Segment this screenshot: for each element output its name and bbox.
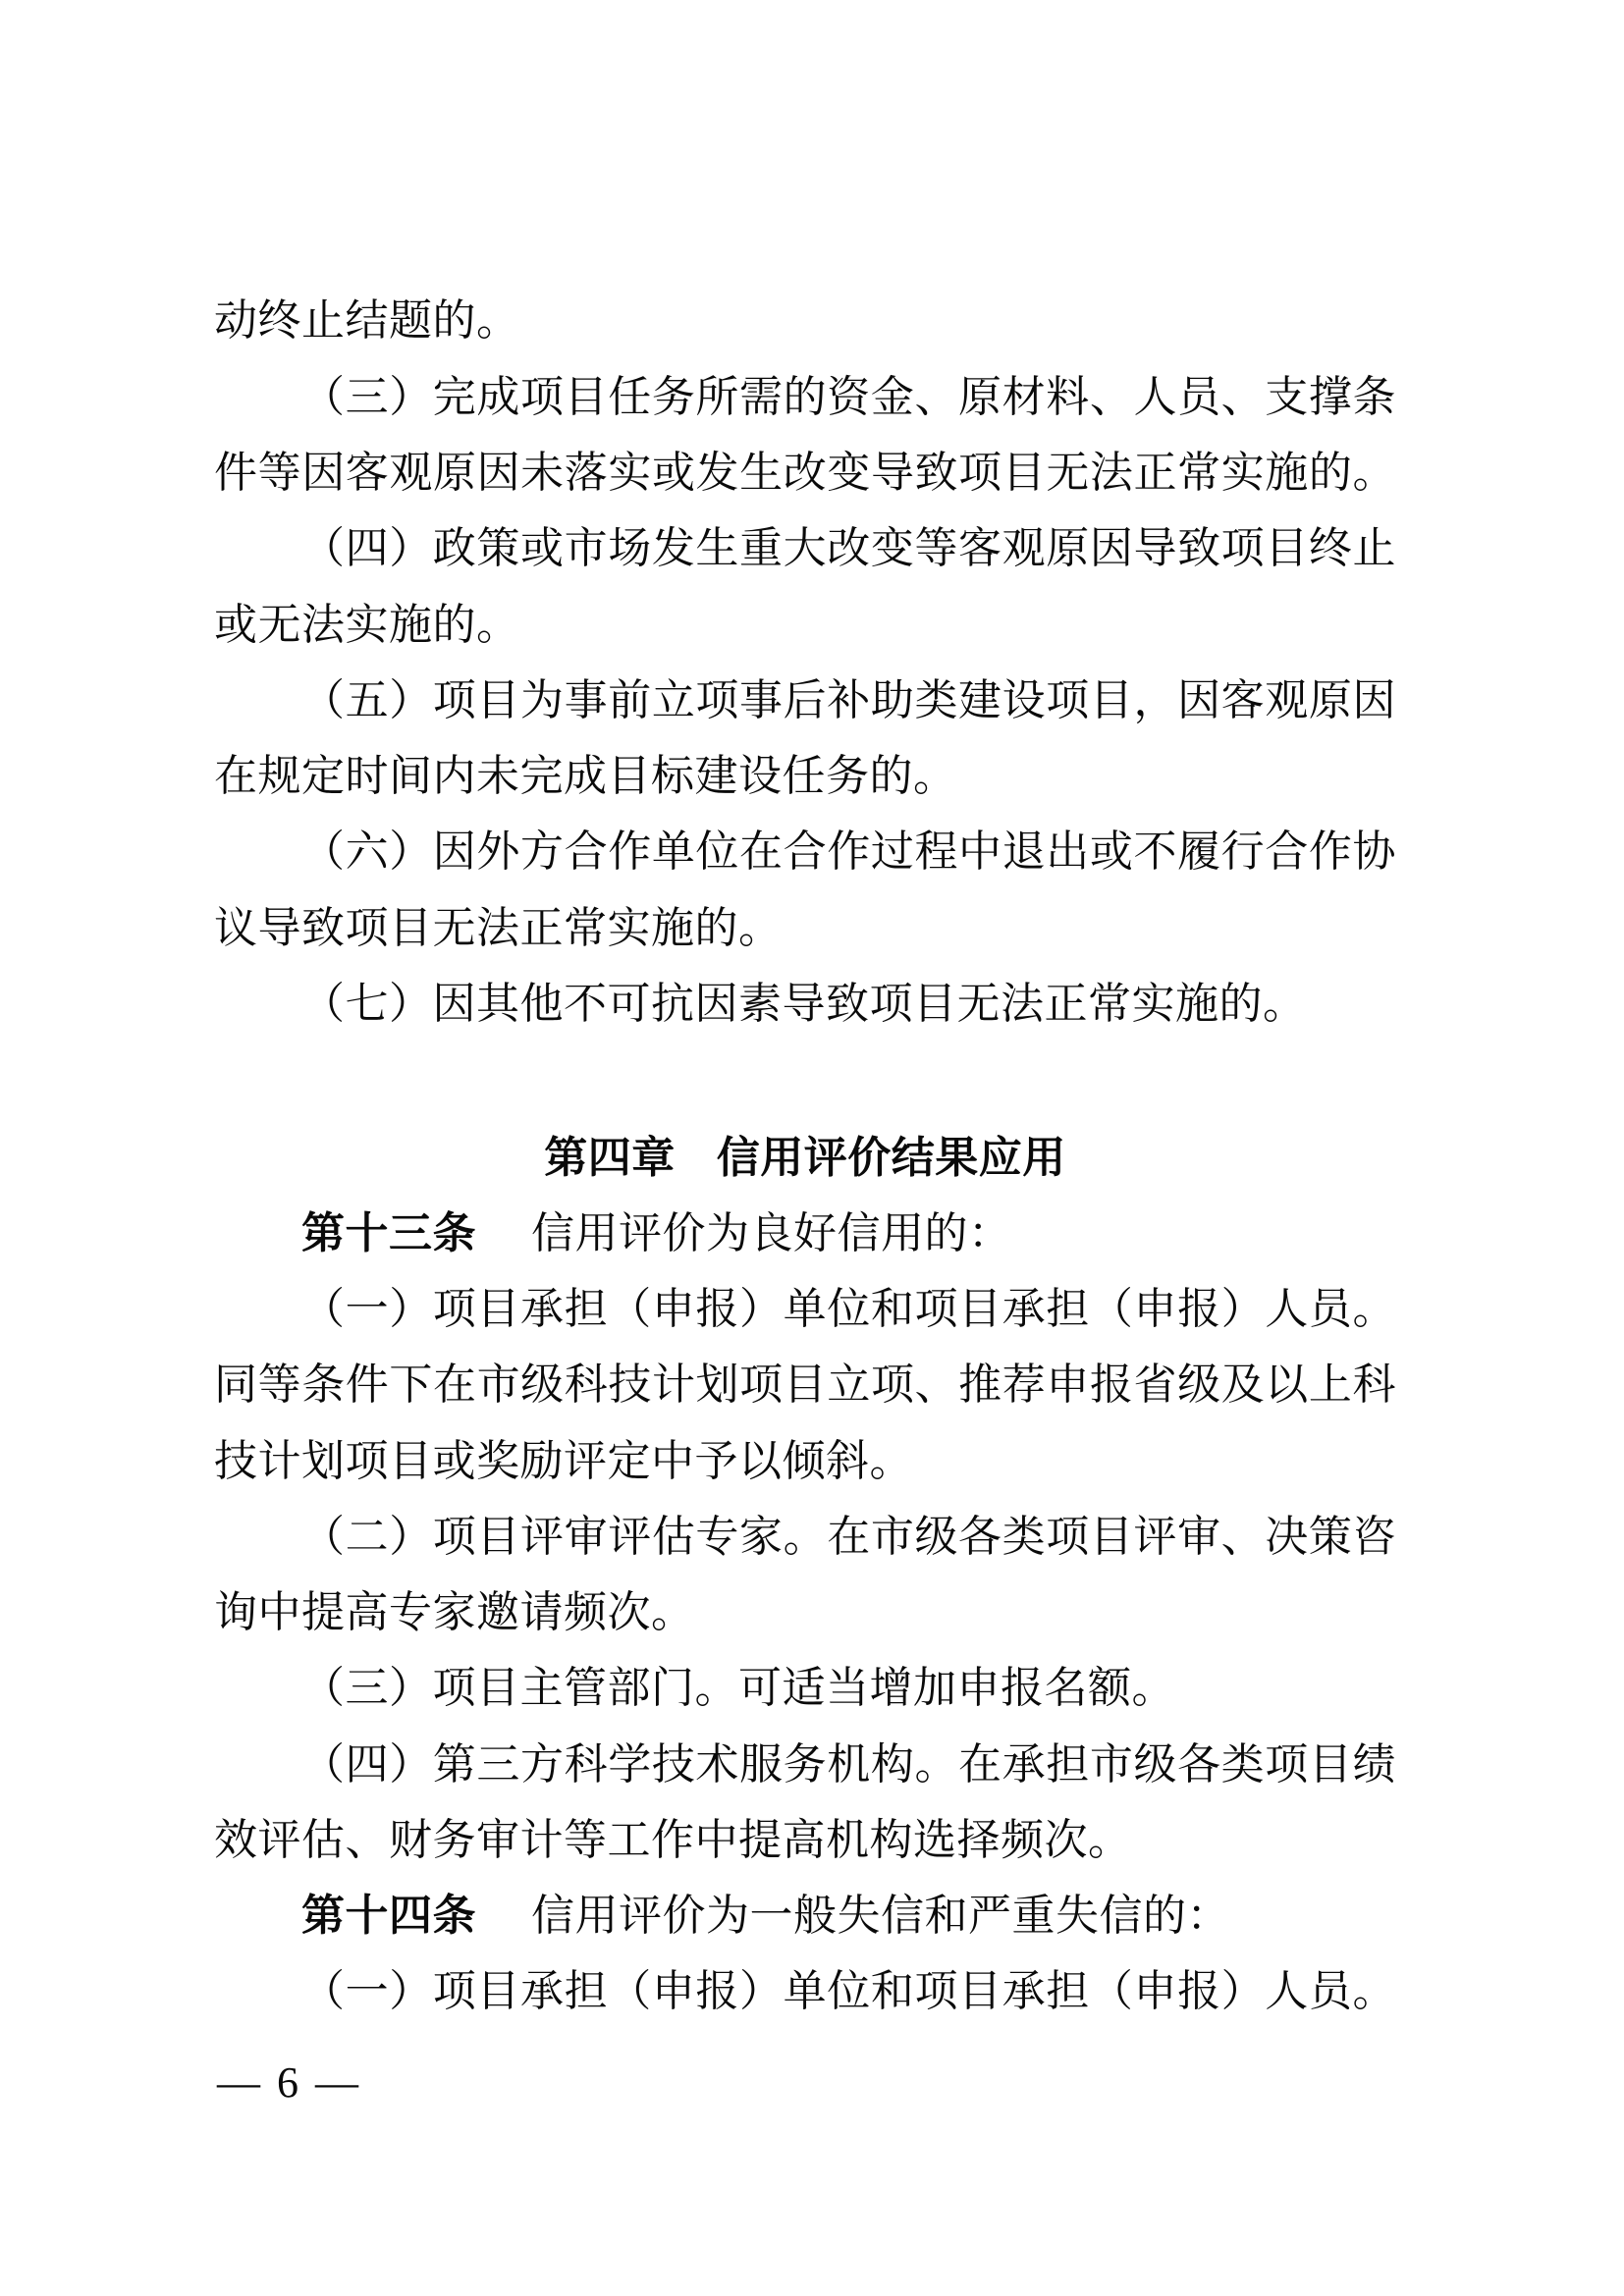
text-line: （四）政策或市场发生重大改变等客观原因导致项目终止 xyxy=(214,523,1396,574)
text-line: （一）项目承担（申报）单位和项目承担（申报）人员。 xyxy=(214,1284,1396,1335)
text-line: 在规定时间内未完成目标建设任务的。 xyxy=(214,751,1396,802)
chapter-heading: 第四章信用评价结果应用 xyxy=(214,1133,1396,1184)
text-line: （一）项目承担（申报）单位和项目承担（申报）人员。 xyxy=(214,1966,1396,2017)
article-13-label: 第十三条 xyxy=(301,1209,476,1257)
chapter-title: 信用评价结果应用 xyxy=(717,1134,1066,1182)
text-line: （四）第三方科学技术服务机构。在承担市级各类项目绩 xyxy=(214,1739,1396,1790)
article-14-label: 第十四条 xyxy=(301,1892,476,1940)
page-number: — 6 — xyxy=(217,2057,361,2109)
text-line: （七）因其他不可抗因素导致项目无法正常实施的。 xyxy=(214,979,1396,1030)
article-line: 第十四条信用评价为一般失信和严重失信的： xyxy=(214,1891,1396,1942)
text-line: 技计划项目或奖励评定中予以倾斜。 xyxy=(214,1436,1396,1487)
text-line: （五）项目为事前立项事后补助类建设项目，因客观原因 xyxy=(214,675,1396,726)
text-line: （六）因外方合作单位在合作过程中退出或不履行合作协 xyxy=(214,827,1396,878)
text-line: （三）完成项目任务所需的资金、原材料、人员、支撑条 xyxy=(214,372,1396,423)
text-line: 议导致项目无法正常实施的。 xyxy=(214,903,1396,954)
text-line: （三）项目主管部门。可适当增加申报名额。 xyxy=(214,1663,1396,1714)
text-line: （二）项目评审评估专家。在市级各类项目评审、决策咨 xyxy=(214,1512,1396,1563)
text-line: 同等条件下在市级科技计划项目立项、推荐申报省级及以上科 xyxy=(214,1360,1396,1411)
text-line: 件等因客观原因未落实或发生改变导致项目无法正常实施的。 xyxy=(214,448,1396,499)
document-page: 动终止结题的。 （三）完成项目任务所需的资金、原材料、人员、支撑条 件等因客观原… xyxy=(0,0,1624,2296)
text-line: 效评估、财务审计等工作中提高机构选择频次。 xyxy=(214,1815,1396,1866)
article-13-text: 信用评价为良好信用的： xyxy=(531,1209,1012,1257)
text-line: 动终止结题的。 xyxy=(214,295,1396,347)
text-line: 询中提高专家邀请频次。 xyxy=(214,1587,1396,1638)
chapter-number: 第四章 xyxy=(544,1134,676,1182)
article-14-text: 信用评价为一般失信和严重失信的： xyxy=(531,1892,1230,1940)
text-line: 或无法实施的。 xyxy=(214,600,1396,651)
article-line: 第十三条信用评价为良好信用的： xyxy=(214,1208,1396,1259)
